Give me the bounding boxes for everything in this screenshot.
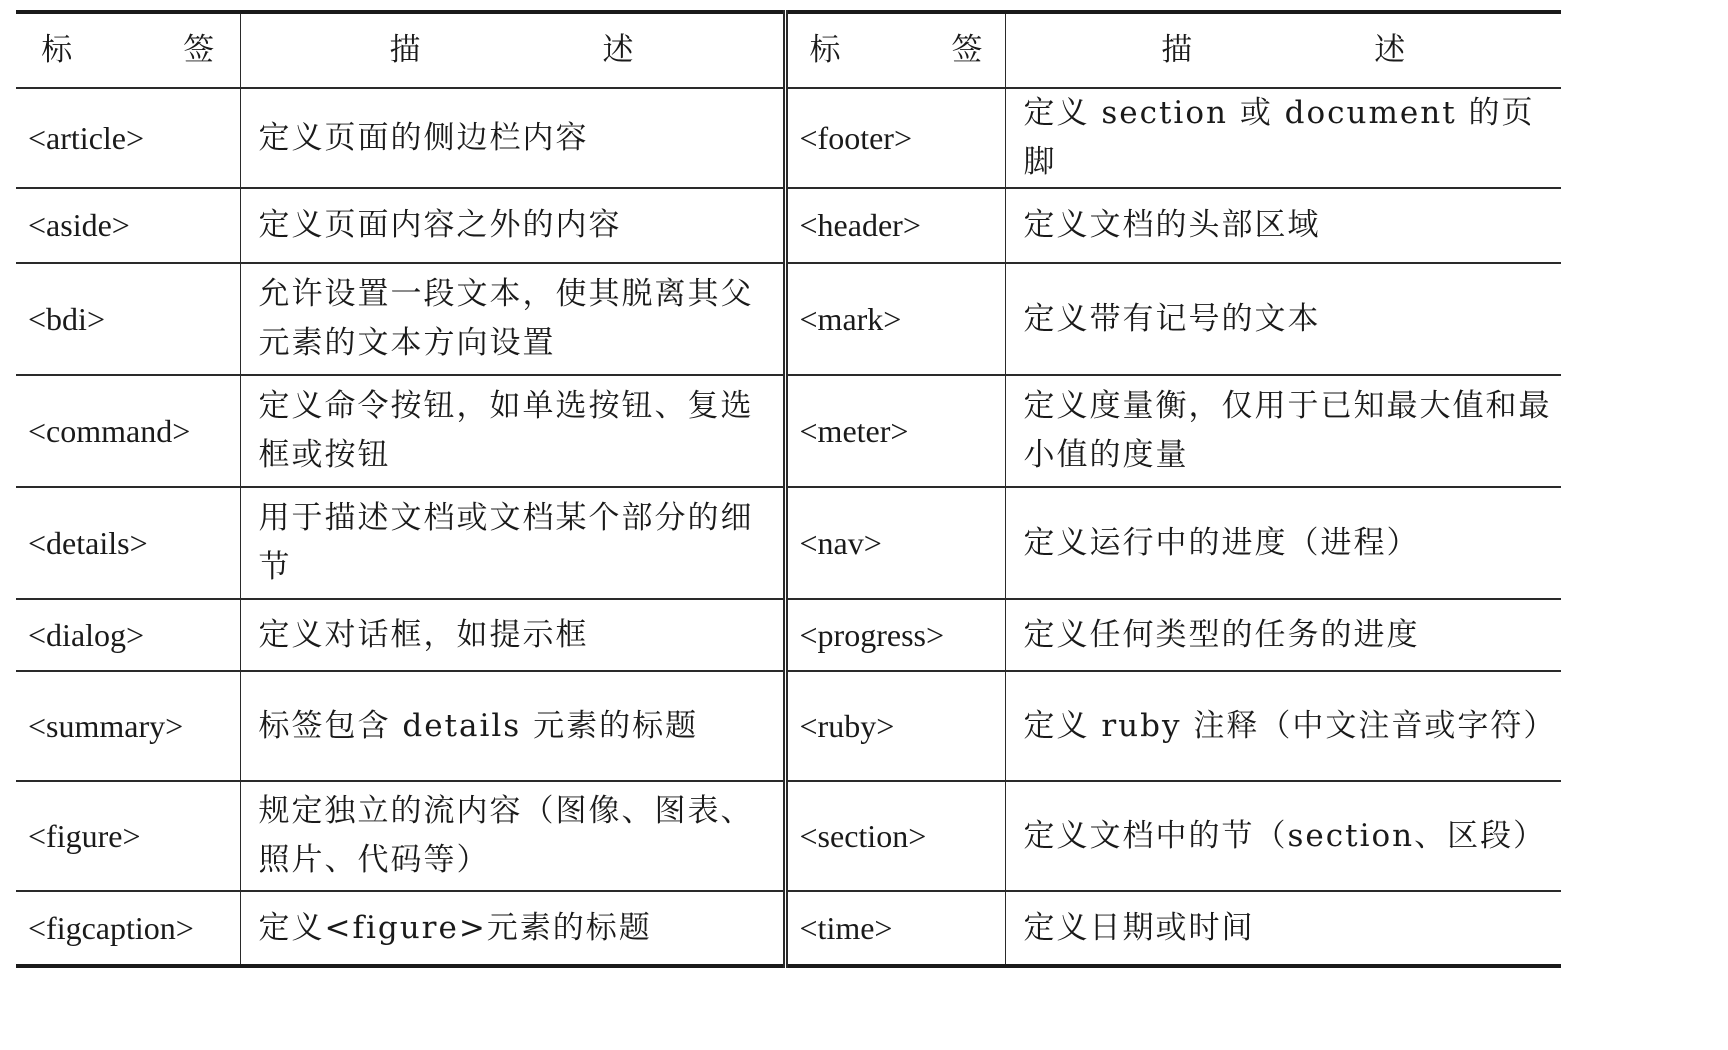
header-desc-left: 描 述 bbox=[240, 12, 785, 88]
description-cell: 定义 ruby 注释（中文注音或字符） bbox=[1005, 671, 1561, 781]
description-cell: 定义度量衡，仅用于已知最大值和最小值的度量 bbox=[1005, 375, 1561, 487]
tag-cell: <footer> bbox=[785, 88, 1005, 188]
table-row: <details> 用于描述文档或文档某个部分的细节 <nav> 定义运行中的进… bbox=[16, 487, 1561, 599]
tag-cell: <header> bbox=[785, 188, 1005, 263]
table-row: <figcaption> 定义<figure>元素的标题 <time> 定义日期… bbox=[16, 891, 1561, 966]
header-desc-left-label: 描 述 bbox=[390, 32, 674, 68]
tag-cell: <article> bbox=[16, 88, 240, 188]
tag-cell: <dialog> bbox=[16, 599, 240, 671]
tag-cell: <summary> bbox=[16, 671, 240, 781]
header-tag-right-label: 标 签 bbox=[810, 32, 1023, 68]
description-cell: 用于描述文档或文档某个部分的细节 bbox=[240, 487, 785, 599]
description-cell: 定义任何类型的任务的进度 bbox=[1005, 599, 1561, 671]
tag-cell: <details> bbox=[16, 487, 240, 599]
tag-cell: <mark> bbox=[785, 263, 1005, 375]
tag-cell: <figcaption> bbox=[16, 891, 240, 966]
tag-cell: <nav> bbox=[785, 487, 1005, 599]
description-cell: 定义运行中的进度（进程） bbox=[1005, 487, 1561, 599]
description-cell: 允许设置一段文本，使其脱离其父元素的文本方向设置 bbox=[240, 263, 785, 375]
tag-cell: <section> bbox=[785, 781, 1005, 891]
table-row: <bdi> 允许设置一段文本，使其脱离其父元素的文本方向设置 <mark> 定义… bbox=[16, 263, 1561, 375]
document-page: 标 签 描 述 标 签 描 述 <article> 定义页面的侧边栏内容 <fo… bbox=[16, 10, 1561, 968]
table-header-row: 标 签 描 述 标 签 描 述 bbox=[16, 12, 1561, 88]
table-row: <figure> 规定独立的流内容（图像、图表、照片、代码等） <section… bbox=[16, 781, 1561, 891]
table-row: <summary> 标签包含 details 元素的标题 <ruby> 定义 r… bbox=[16, 671, 1561, 781]
header-desc-right-label: 描 述 bbox=[1161, 32, 1445, 68]
description-cell: 定义文档中的节（section、区段） bbox=[1005, 781, 1561, 891]
header-tag-right: 标 签 bbox=[785, 12, 1005, 88]
table-row: <aside> 定义页面内容之外的内容 <header> 定义文档的头部区域 bbox=[16, 188, 1561, 263]
description-cell: 标签包含 details 元素的标题 bbox=[240, 671, 785, 781]
description-cell: 定义文档的头部区域 bbox=[1005, 188, 1561, 263]
table-row: <dialog> 定义对话框，如提示框 <progress> 定义任何类型的任务… bbox=[16, 599, 1561, 671]
description-cell: 规定独立的流内容（图像、图表、照片、代码等） bbox=[240, 781, 785, 891]
description-cell: 定义 section 或 document 的页脚 bbox=[1005, 88, 1561, 188]
tag-cell: <progress> bbox=[785, 599, 1005, 671]
tag-cell: <time> bbox=[785, 891, 1005, 966]
html5-tags-table: 标 签 描 述 标 签 描 述 <article> 定义页面的侧边栏内容 <fo… bbox=[16, 10, 1561, 968]
table-row: <command> 定义命令按钮，如单选按钮、复选框或按钮 <meter> 定义… bbox=[16, 375, 1561, 487]
header-tag-left: 标 签 bbox=[16, 12, 240, 88]
table-row: <article> 定义页面的侧边栏内容 <footer> 定义 section… bbox=[16, 88, 1561, 188]
tag-cell: <command> bbox=[16, 375, 240, 487]
description-cell: 定义对话框，如提示框 bbox=[240, 599, 785, 671]
tag-cell: <meter> bbox=[785, 375, 1005, 487]
header-desc-right: 描 述 bbox=[1005, 12, 1561, 88]
header-tag-left-label: 标 签 bbox=[41, 32, 254, 68]
description-cell: 定义带有记号的文本 bbox=[1005, 263, 1561, 375]
tag-cell: <aside> bbox=[16, 188, 240, 263]
description-cell: 定义命令按钮，如单选按钮、复选框或按钮 bbox=[240, 375, 785, 487]
description-cell: 定义页面的侧边栏内容 bbox=[240, 88, 785, 188]
tag-cell: <ruby> bbox=[785, 671, 1005, 781]
tag-cell: <figure> bbox=[16, 781, 240, 891]
tag-cell: <bdi> bbox=[16, 263, 240, 375]
description-cell: 定义页面内容之外的内容 bbox=[240, 188, 785, 263]
description-cell: 定义日期或时间 bbox=[1005, 891, 1561, 966]
description-cell: 定义<figure>元素的标题 bbox=[240, 891, 785, 966]
